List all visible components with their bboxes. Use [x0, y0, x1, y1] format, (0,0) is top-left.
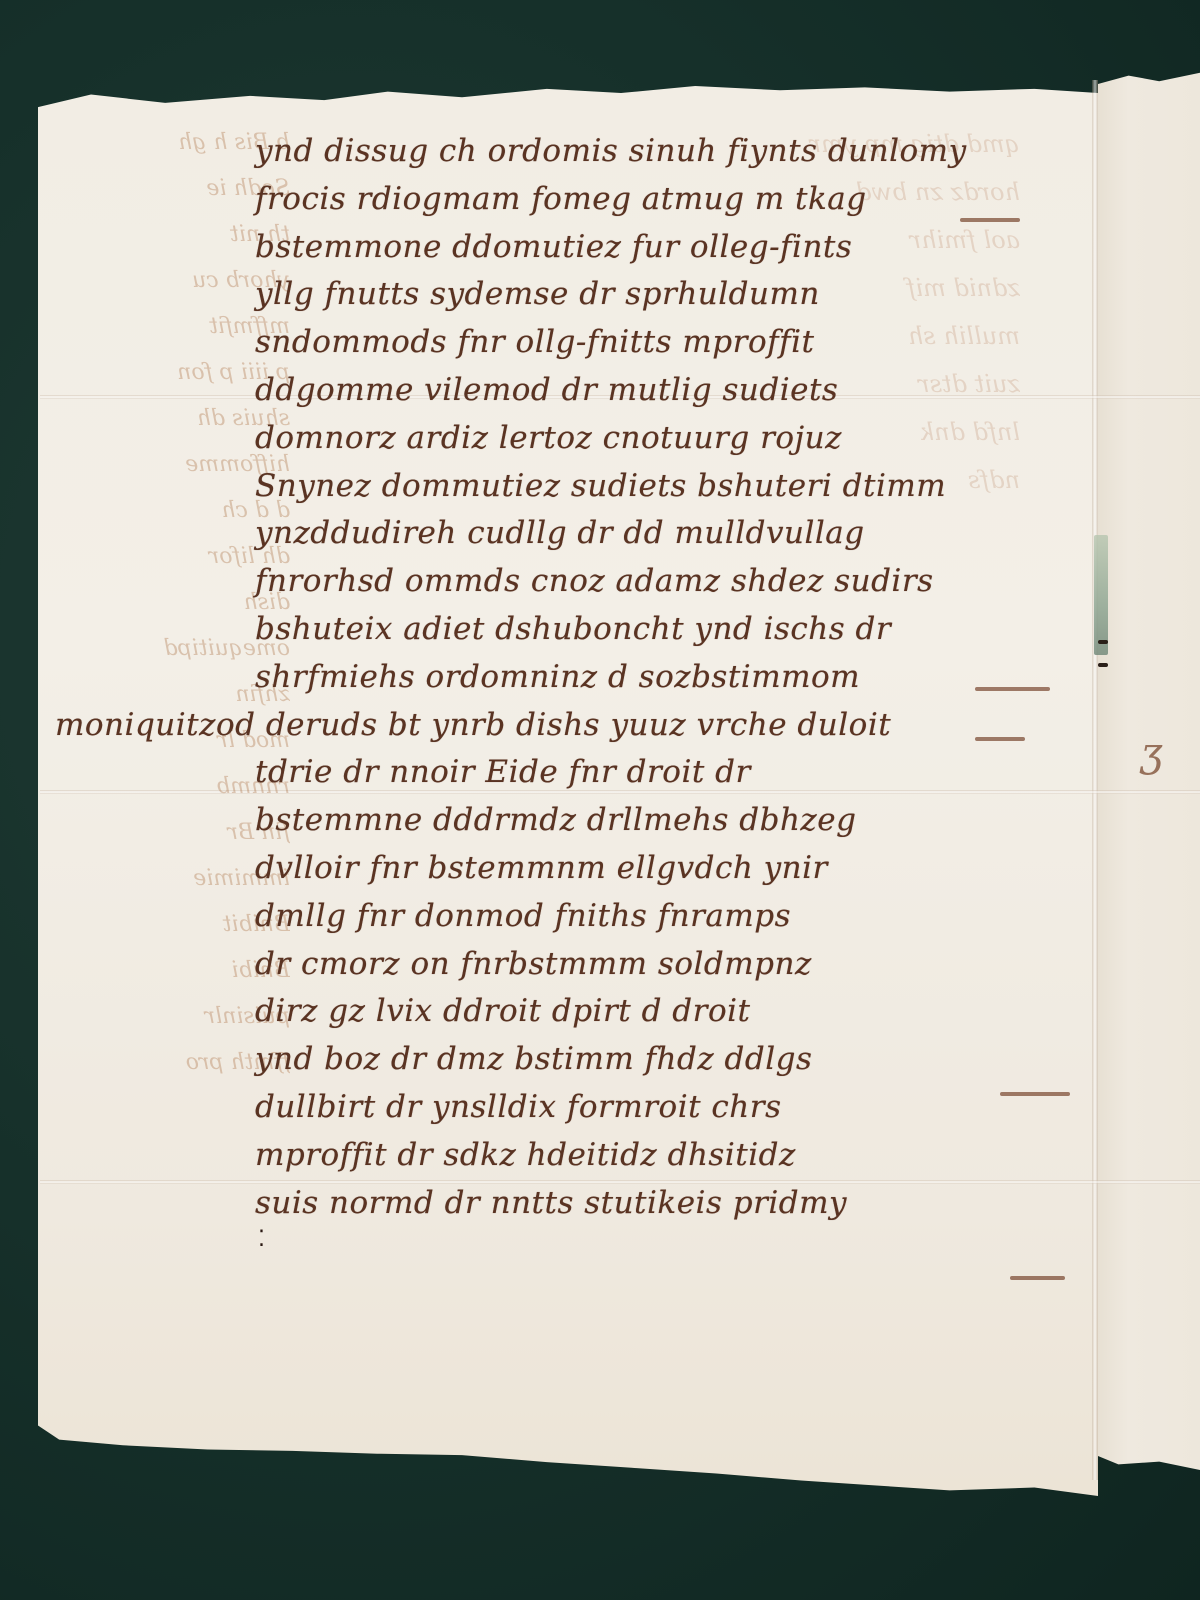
line-flourish: [960, 218, 1020, 222]
text-line: domnorz ardiz lertoz cnotuurg rojuz: [255, 415, 1075, 463]
text-line: bshuteix adiet dshuboncht ynd ischs dr: [255, 606, 1075, 654]
text-line: tdrie dr nnoir Eide fnr droit dr: [255, 749, 1075, 797]
text-line: dirz gz lvix ddroit dpirt d droit: [255, 988, 1075, 1036]
text-line: yllg fnutts sydemse dr sprhuldumn: [255, 271, 1075, 319]
adjacent-page-mark: ʒ: [1140, 730, 1163, 776]
seal-mark: [1098, 640, 1108, 644]
text-line: dr cmorz on fnrbstmmm soldmpnz: [255, 941, 1075, 989]
text-line: dvlloir fnr bstemmnm ellgvdch ynir: [255, 845, 1075, 893]
text-line: mproffit dr sdkz hdeitidz dhsitidz: [255, 1132, 1075, 1180]
text-line: fnrorhsd ommds cnoz adamz shdez sudirs: [255, 558, 1075, 606]
text-line: Snynez dommutiez sudiets bshuteri dtimm: [255, 463, 1075, 511]
text-line: suis normd dr nntts stutikeis pridmy: [255, 1180, 1075, 1228]
text-line: ynzddudireh cudllg dr dd mulldvullag: [255, 510, 1075, 558]
handwritten-text: ynd dissug ch ordomis sinuh fiynts dunlo…: [255, 128, 1075, 1227]
text-line: ynd boz dr dmz bstimm fhdz ddlgs: [255, 1036, 1075, 1084]
seal-mark: [1098, 663, 1108, 667]
ink-dot: ⁚: [258, 1227, 265, 1252]
line-flourish: [1010, 1276, 1065, 1280]
text-line: bstemmone ddomutiez fur olleg-fints: [255, 224, 1075, 272]
text-line: shrfmiehs ordomninz d sozbstimmom: [255, 654, 1075, 702]
text-line: dullbirt dr ynslldix formroit chrs: [255, 1084, 1075, 1132]
text-line: bstemmne dddrmdz drllmehs dbhzeg: [255, 797, 1075, 845]
text-line: frocis rdiogmam fomeg atmug m tkag: [255, 176, 1075, 224]
line-flourish: [975, 687, 1050, 691]
text-line: ddgomme vilemod dr mutlig sudiets: [255, 367, 1075, 415]
text-line: sndommods fnr ollg-fnitts mproffit: [255, 319, 1075, 367]
text-line: dmllg fnr donmod fniths fnramps: [255, 893, 1075, 941]
text-line: moniquitzod deruds bt ynrb dishs yuuz vr…: [55, 702, 1075, 750]
line-flourish: [1000, 1092, 1070, 1096]
vertical-fold: [1092, 80, 1098, 1480]
line-flourish: [975, 737, 1025, 741]
text-line: ynd dissug ch ordomis sinuh fiynts dunlo…: [255, 128, 1075, 176]
seal-remnant: [1094, 535, 1108, 655]
